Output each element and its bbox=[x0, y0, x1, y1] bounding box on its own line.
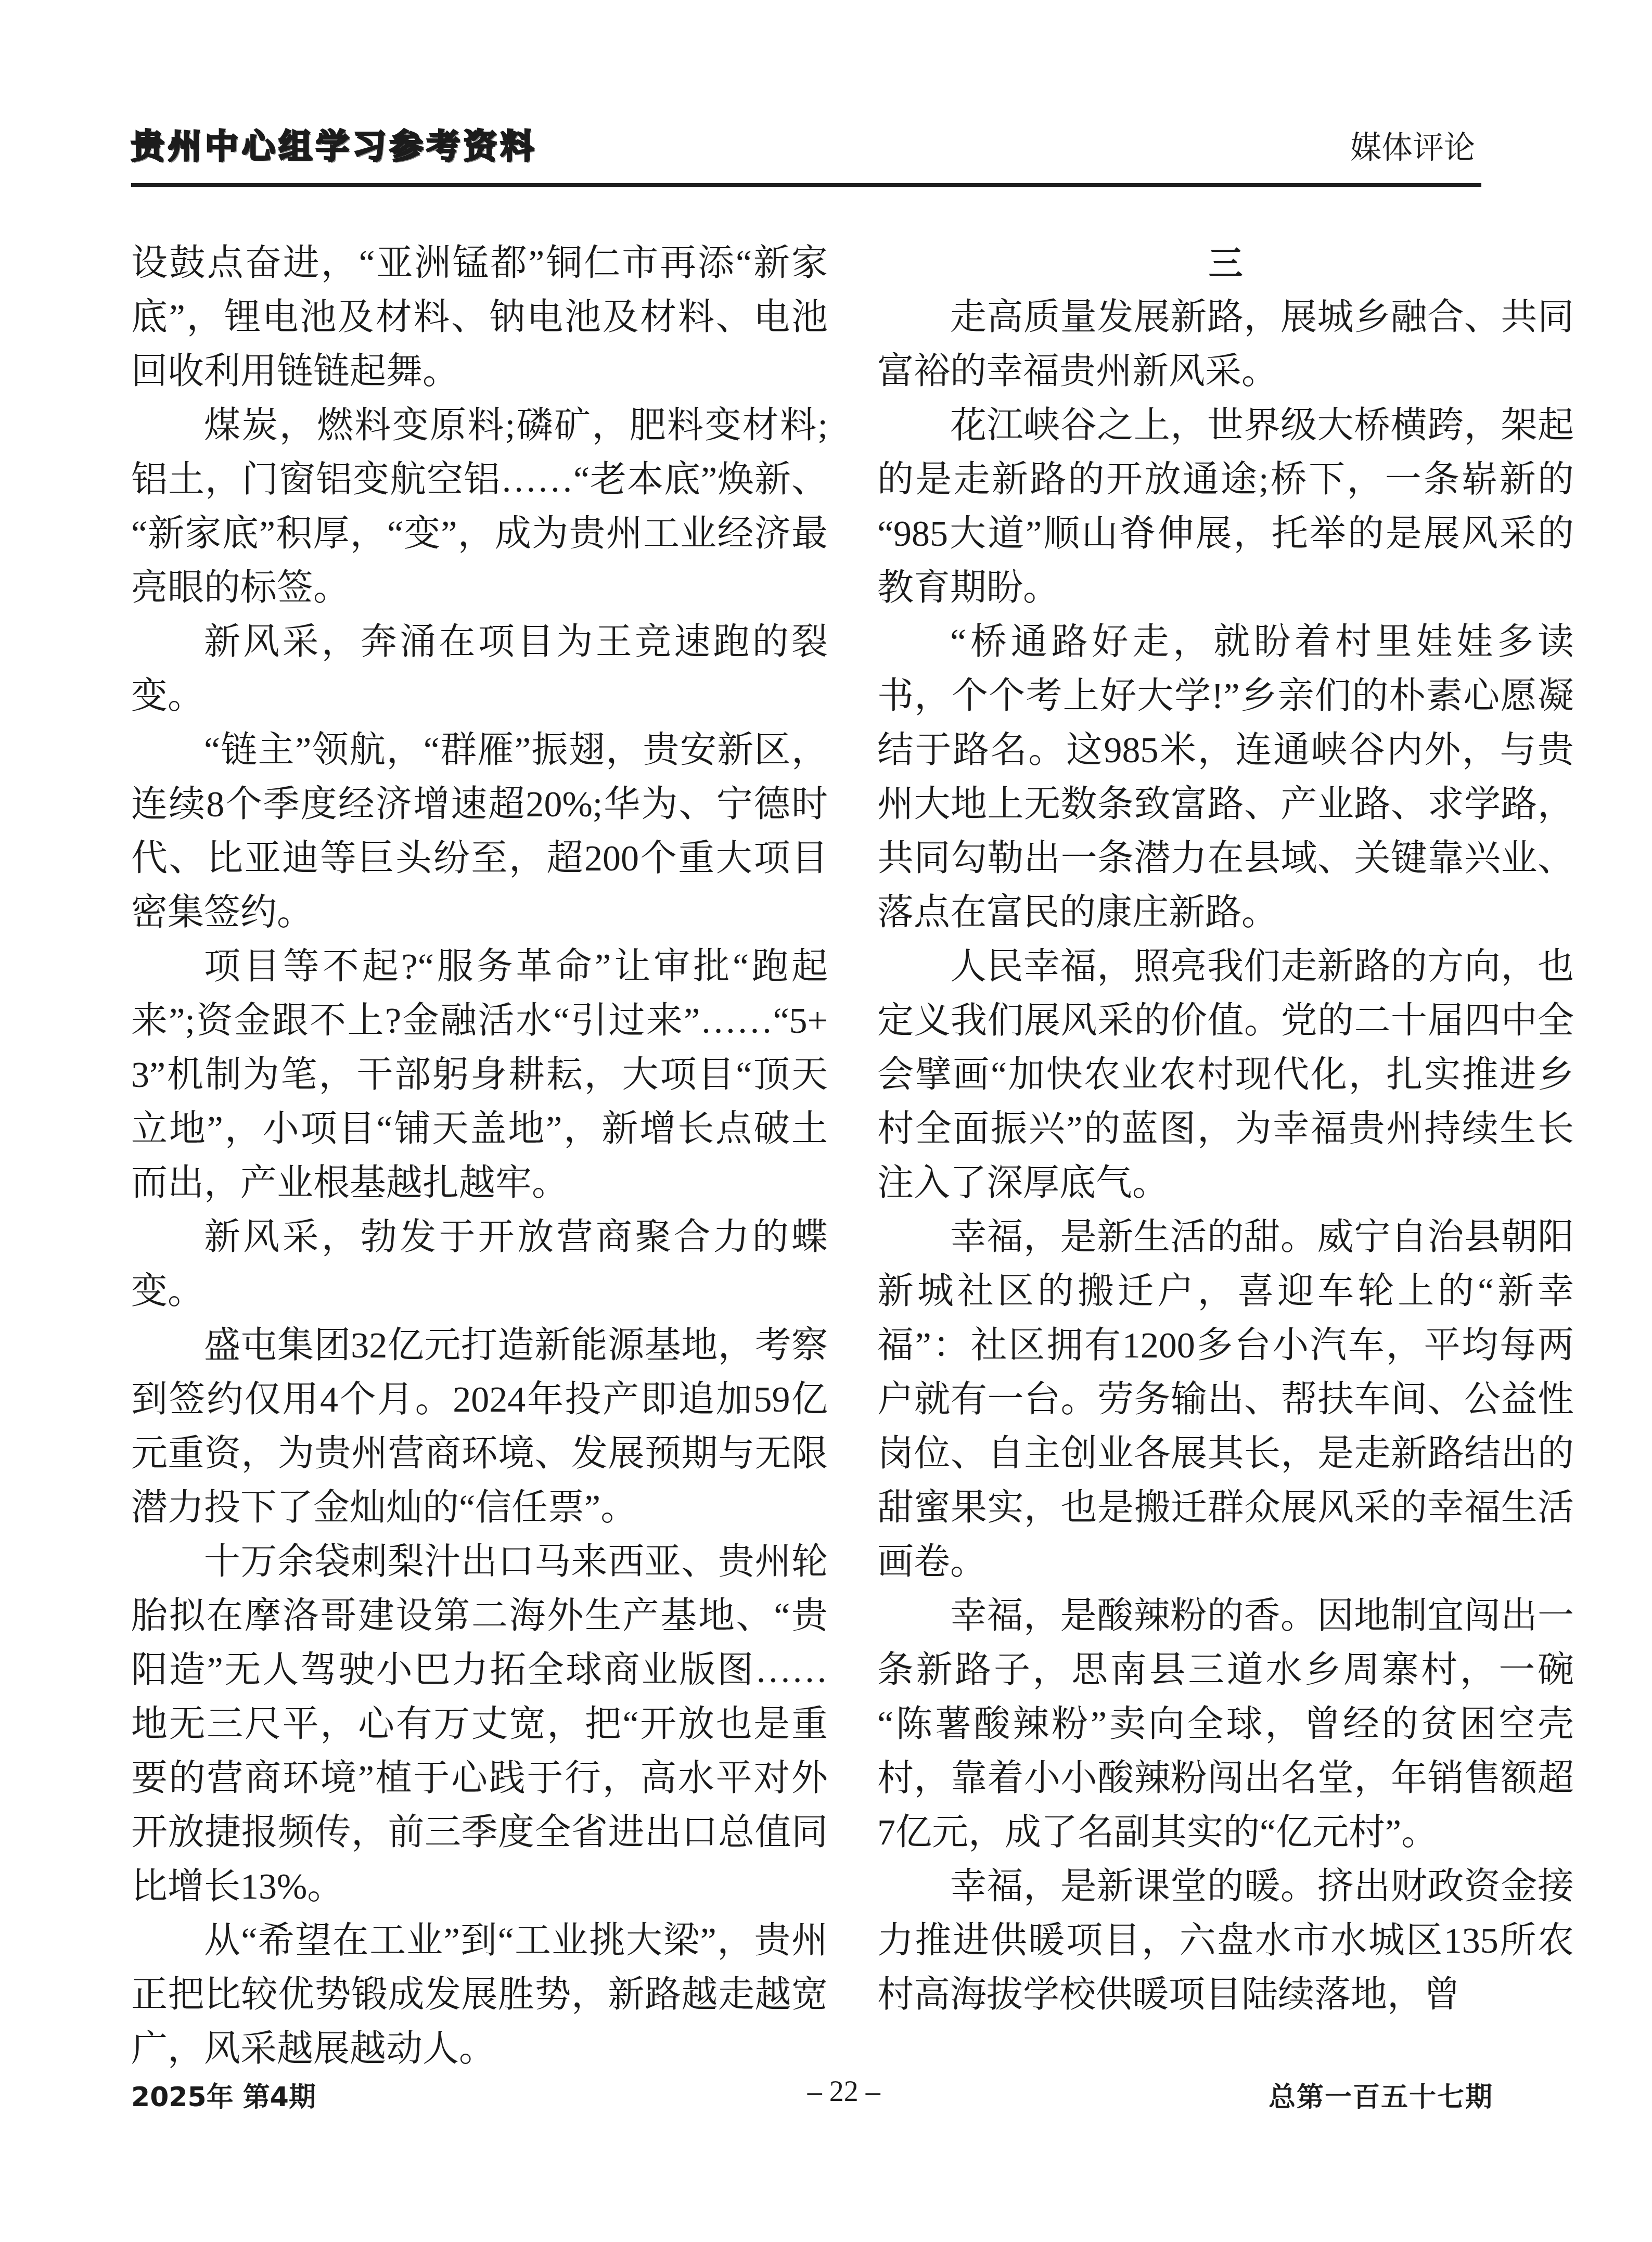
paragraph: 煤炭，燃料变原料;磷矿，肥料变材料;铝土，门窗铝变航空铝……“老本底”焕新、“新… bbox=[131, 399, 828, 616]
header-rule bbox=[131, 183, 1481, 187]
paragraph: 人民幸福，照亮我们走新路的方向，也定义我们展风采的价值。党的二十届四中全会擘画“… bbox=[877, 940, 1574, 1211]
right-column-paragraphs: 走高质量发展新路，展城乡融合、共同富裕的幸福贵州新风采。花江峡谷之上，世界级大桥… bbox=[877, 291, 1574, 2022]
article-body: 设鼓点奋进，“亚洲锰都”铜仁市再添“新家底”，锂电池及材料、钠电池及材料、电池回… bbox=[131, 237, 1574, 2077]
section-label: 媒体评论 bbox=[1350, 123, 1475, 168]
paragraph: “链主”领航，“群雁”振翅，贵安新区，连续8个季度经济增速超20%;华为、宁德时… bbox=[131, 724, 828, 940]
left-column: 设鼓点奋进，“亚洲锰都”铜仁市再添“新家底”，锂电池及材料、钠电池及材料、电池回… bbox=[131, 237, 828, 2077]
paragraph: 幸福，是新生活的甜。威宁自治县朝阳新城社区的搬迁户，喜迎车轮上的“新幸福”：社区… bbox=[877, 1211, 1574, 1590]
magazine-page: 贵州中心组学习参考资料 媒体评论 设鼓点奋进，“亚洲锰都”铜仁市再添“新家底”，… bbox=[0, 0, 1652, 2242]
paragraph: 从“希望在工业”到“工业挑大梁”，贵州正把比较优势锻成发展胜势，新路越走越宽广，… bbox=[131, 1914, 828, 2077]
masthead-logo: 贵州中心组学习参考资料 bbox=[131, 120, 537, 168]
paragraph: 十万余袋刺梨汁出口马来西亚、贵州轮胎拟在摩洛哥建设第二海外生产基地、“贵阳造”无… bbox=[131, 1535, 828, 1914]
paragraph: 幸福，是酸辣粉的香。因地制宜闯出一条新路子，思南县三道水乡周寨村，一碗“陈薯酸辣… bbox=[877, 1590, 1574, 1860]
page-footer: 2025年 第4期 – 22 – 总第一百五十七期 bbox=[131, 2075, 1574, 2117]
paragraph: “桥通路好走，就盼着村里娃娃多读书，个个考上好大学!”乡亲们的朴素心愿凝结于路名… bbox=[877, 616, 1574, 940]
paragraph: 花江峡谷之上，世界级大桥横跨，架起的是走新路的开放通途;桥下，一条崭新的“985… bbox=[877, 399, 1574, 616]
paragraph: 项目等不起?“服务革命”让审批“跑起来”;资金跟不上?金融活水“引过来”……“5… bbox=[131, 940, 828, 1211]
right-column: 三 走高质量发展新路，展城乡融合、共同富裕的幸福贵州新风采。花江峡谷之上，世界级… bbox=[877, 237, 1574, 2077]
paragraph: 设鼓点奋进，“亚洲锰都”铜仁市再添“新家底”，锂电池及材料、钠电池及材料、电池回… bbox=[131, 237, 828, 399]
paragraph: 幸福，是新课堂的暖。挤出财政资金接力推进供暖项目，六盘水市水城区135所农村高海… bbox=[877, 1860, 1574, 2022]
paragraph: 新风采，勃发于开放营商聚合力的蝶变。 bbox=[131, 1211, 828, 1319]
section-heading: 三 bbox=[877, 237, 1574, 291]
paragraph: 新风采，奔涌在项目为王竞速跑的裂变。 bbox=[131, 616, 828, 724]
footer-issue: 2025年 第4期 bbox=[131, 2075, 316, 2114]
footer-total-issue: 总第一百五十七期 bbox=[1269, 2075, 1493, 2114]
page-header: 贵州中心组学习参考资料 媒体评论 bbox=[131, 121, 1574, 168]
footer-page-number: – 22 – bbox=[808, 2075, 880, 2108]
paragraph: 走高质量发展新路，展城乡融合、共同富裕的幸福贵州新风采。 bbox=[877, 291, 1574, 399]
paragraph: 盛屯集团32亿元打造新能源基地，考察到签约仅用4个月。2024年投产即追加59亿… bbox=[131, 1319, 828, 1535]
